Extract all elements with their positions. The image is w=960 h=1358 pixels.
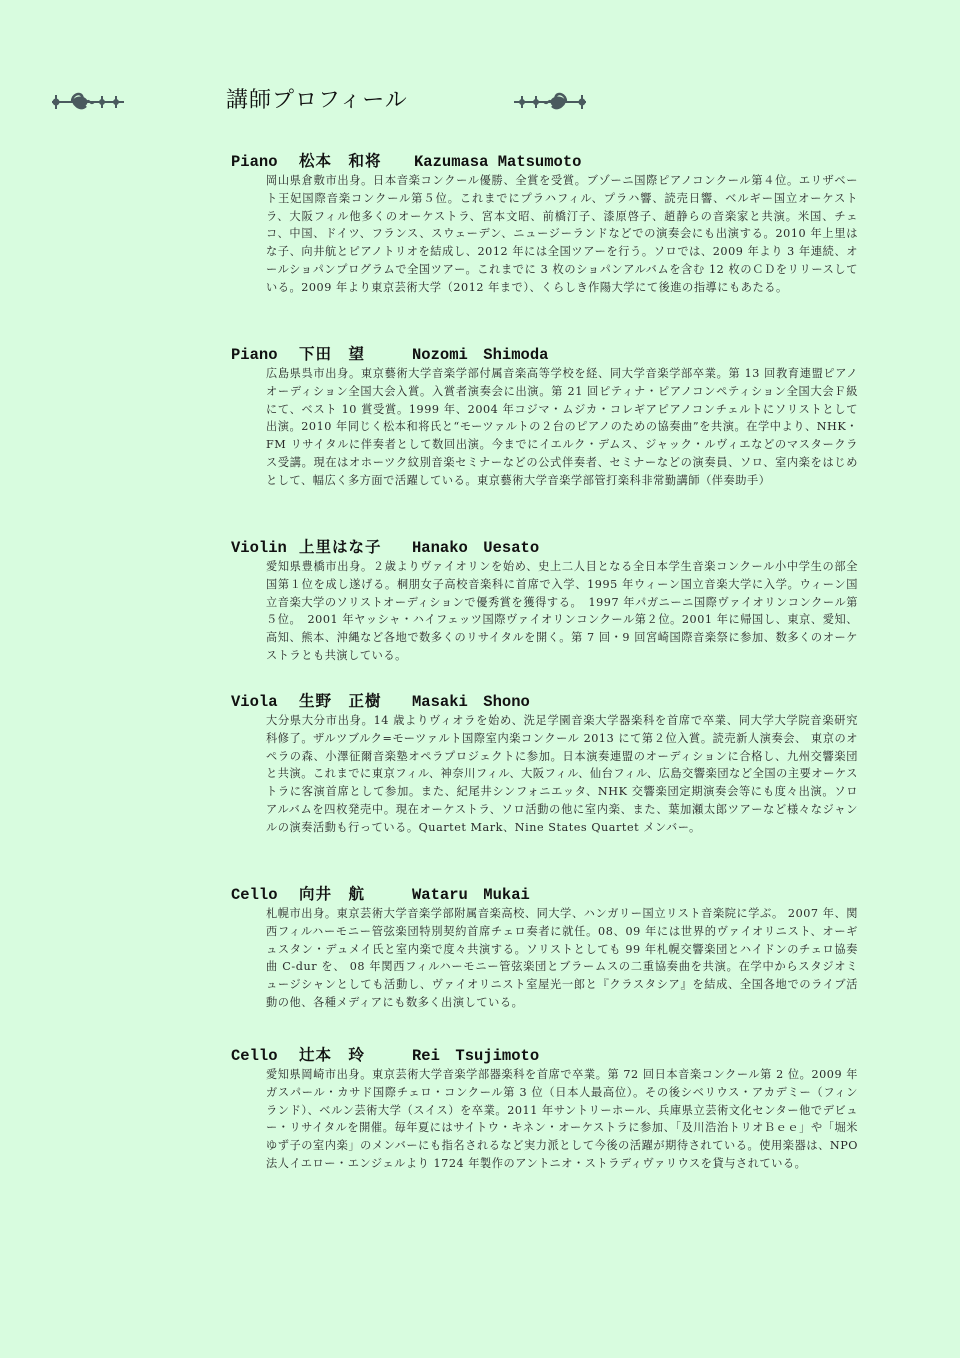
instrument-label: Cello <box>231 885 278 905</box>
profile-violin-uesato: Violin 上里はな子 Hanako Uesato 愛知県豊橋市出身。２歳より… <box>231 538 861 665</box>
name-romaji: Rei Tsujimoto <box>412 1046 539 1066</box>
profile-bio: 札幌市出身。東京芸術大学音楽学部附属音楽高校、同大学、ハンガリー国立リスト音楽院… <box>266 905 858 1012</box>
page-title: 講師プロフィール <box>226 84 408 118</box>
profile-viola-shono: Viola 生野 正樹 Masaki Shono 大分県大分市出身。14 歳より… <box>231 692 861 837</box>
name-romaji: Wataru Mukai <box>412 885 530 905</box>
instrument-label: Cello <box>231 1046 278 1066</box>
profile-piano-matsumoto: Piano 松本 和将 Kazumasa Matsumoto 岡山県倉敷市出身。… <box>231 152 861 297</box>
page-header: 講師プロフィール <box>0 84 960 124</box>
profile-heading: Viola 生野 正樹 Masaki Shono <box>231 692 861 712</box>
name-romaji: Nozomi Shimoda <box>412 345 548 365</box>
profile-cello-tsujimoto: Cello 辻本 玲 Rei Tsujimoto 愛知県岡崎市出身。東京芸術大学… <box>231 1046 861 1173</box>
profile-bio: 愛知県豊橋市出身。２歳よりヴァイオリンを始め、史上二人目となる全日本学生音楽コン… <box>266 558 858 665</box>
name-japanese: 上里はな子 <box>299 538 382 558</box>
name-japanese: 辻本 玲 <box>299 1046 365 1066</box>
profile-bio: 愛知県岡崎市出身。東京芸術大学音楽学部器楽科を首席で卒業。第 72 回日本音楽コ… <box>266 1066 858 1173</box>
name-japanese: 向井 航 <box>299 885 365 905</box>
profile-cello-mukai: Cello 向井 航 Wataru Mukai 札幌市出身。東京芸術大学音楽学部… <box>231 885 861 1012</box>
profile-bio: 大分県大分市出身。14 歳よりヴィオラを始め、洗足学園音楽大学器楽科を首席で卒業… <box>266 712 858 837</box>
profile-piano-shimoda: Piano 下田 望 Nozomi Shimoda 広島県呉市出身。東京藝術大学… <box>231 345 861 490</box>
name-japanese: 生野 正樹 <box>299 692 382 712</box>
name-japanese: 下田 望 <box>299 345 365 365</box>
profile-bio: 岡山県倉敷市出身。日本音楽コンクール優勝、全賞を受賞。ブゾーニ国際ピアノコンクー… <box>266 172 858 297</box>
profile-heading: Violin 上里はな子 Hanako Uesato <box>231 538 861 558</box>
instrument-label: Viola <box>231 692 278 712</box>
name-romaji: Masaki Shono <box>412 692 530 712</box>
profile-heading: Cello 辻本 玲 Rei Tsujimoto <box>231 1046 861 1066</box>
name-romaji: Hanako Uesato <box>412 538 539 558</box>
profile-heading: Cello 向井 航 Wataru Mukai <box>231 885 861 905</box>
instrument-label: Piano <box>231 345 278 365</box>
name-romaji: Kazumasa Matsumoto <box>414 152 581 172</box>
profile-heading: Piano 松本 和将 Kazumasa Matsumoto <box>231 152 861 172</box>
profile-bio: 広島県呉市出身。東京藝術大学音楽学部付属音楽高等学校を経、同大学音楽学部卒業。第… <box>266 365 858 490</box>
name-japanese: 松本 和将 <box>299 152 382 172</box>
fleur-scroll-ornament-icon <box>512 90 588 114</box>
instrument-label: Piano <box>231 152 278 172</box>
fleur-scroll-ornament-icon <box>50 90 126 114</box>
profile-heading: Piano 下田 望 Nozomi Shimoda <box>231 345 861 365</box>
instrument-label: Violin <box>231 538 287 558</box>
